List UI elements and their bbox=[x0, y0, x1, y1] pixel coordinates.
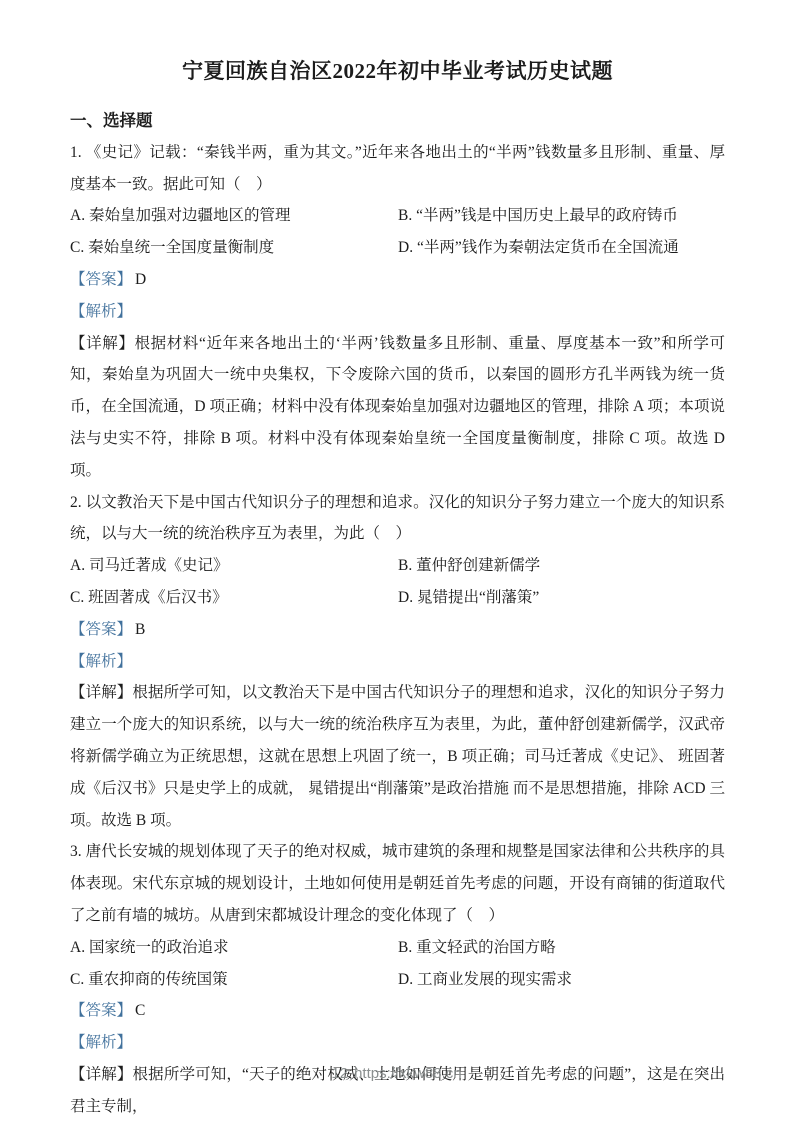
page-footer: 12https://xkw88.cn bbox=[0, 1065, 793, 1082]
option-c: C. 重农抑商的传统国策 bbox=[70, 964, 398, 996]
question-stem: 3. 唐代长安城的规划体现了天子的绝对权威，城市建筑的条理和规整是国家法律和公共… bbox=[70, 836, 725, 931]
page-title: 宁夏回族自治区2022年初中毕业考试历史试题 bbox=[70, 56, 725, 86]
options-row: A. 秦始皇加强对边疆地区的管理 B. “半两”钱是中国历史上最早的政府铸币 bbox=[70, 200, 725, 232]
analysis-line: 【解析】 bbox=[70, 296, 725, 328]
option-a: A. 司马迁著成《史记》 bbox=[70, 550, 398, 582]
answer-line: 【答案】D bbox=[70, 264, 725, 296]
options-row: A. 国家统一的政治追求 B. 重文轻武的治国方略 bbox=[70, 932, 725, 964]
analysis-tag: 【解析】 bbox=[70, 303, 132, 320]
analysis-line: 【解析】 bbox=[70, 1027, 725, 1059]
option-b: B. “半两”钱是中国历史上最早的政府铸币 bbox=[398, 200, 725, 232]
option-d: D. 晁错提出“削藩策” bbox=[398, 582, 725, 614]
option-d: D. “半两”钱作为秦朝法定货币在全国流通 bbox=[398, 232, 725, 264]
option-d: D. 工商业发展的现实需求 bbox=[398, 964, 725, 996]
options-row: C. 班固著成《后汉书》 D. 晁错提出“削藩策” bbox=[70, 582, 725, 614]
question-stem: 2. 以文教治天下是中国古代知识分子的理想和追求。汉化的知识分子努力建立一个庞大… bbox=[70, 487, 725, 551]
analysis-tag: 【解析】 bbox=[70, 1034, 132, 1051]
answer-line: 【答案】C bbox=[70, 995, 725, 1027]
analysis-tag: 【解析】 bbox=[70, 653, 132, 670]
option-b: B. 董仲舒创建新儒学 bbox=[398, 550, 725, 582]
analysis-line: 【解析】 bbox=[70, 646, 725, 678]
answer-value: C bbox=[135, 1002, 145, 1019]
answer-tag: 【答案】 bbox=[70, 621, 132, 638]
option-a: A. 秦始皇加强对边疆地区的管理 bbox=[70, 200, 398, 232]
answer-tag: 【答案】 bbox=[70, 271, 132, 288]
document-content: 宁夏回族自治区2022年初中毕业考试历史试题 一、选择题 1. 《史记》记载：“… bbox=[0, 0, 793, 1122]
site-url-link[interactable]: https://xkw88.cn bbox=[354, 1065, 462, 1082]
detail-tag: 【详解】 bbox=[70, 335, 135, 352]
options-row: C. 秦始皇统一全国度量衡制度 D. “半两”钱作为秦朝法定货币在全国流通 bbox=[70, 232, 725, 264]
options-row: A. 司马迁著成《史记》 B. 董仲舒创建新儒学 bbox=[70, 550, 725, 582]
answer-tag: 【答案】 bbox=[70, 1002, 132, 1019]
detail-paragraph: 【详解】根据材料“近年来各地出土的‘半两’钱数量多且形制、重量、厚度基本一致”和… bbox=[70, 328, 725, 487]
exam-document-page: 宁夏回族自治区2022年初中毕业考试历史试题 一、选择题 1. 《史记》记载：“… bbox=[0, 0, 793, 1122]
detail-tag: 【详解】 bbox=[70, 684, 132, 701]
option-c: C. 秦始皇统一全国度量衡制度 bbox=[70, 232, 398, 264]
option-a: A. 国家统一的政治追求 bbox=[70, 932, 398, 964]
detail-text: 根据所学可知，以文教治天下是中国古代知识分子的理想和追求，汉化的知识分子努力建立… bbox=[70, 684, 725, 828]
option-c: C. 班固著成《后汉书》 bbox=[70, 582, 398, 614]
options-row: C. 重农抑商的传统国策 D. 工商业发展的现实需求 bbox=[70, 964, 725, 996]
detail-text: 根据材料“近年来各地出土的‘半两’钱数量多且形制、重量、厚度基本一致”和所学可知… bbox=[70, 335, 725, 479]
question-stem: 1. 《史记》记载：“秦钱半两，重为其文。”近年来各地出土的“半两”钱数量多且形… bbox=[70, 137, 725, 201]
question-block-1: 1. 《史记》记载：“秦钱半两，重为其文。”近年来各地出土的“半两”钱数量多且形… bbox=[70, 137, 725, 487]
answer-value: B bbox=[135, 621, 145, 638]
detail-paragraph: 【详解】根据所学可知，以文教治天下是中国古代知识分子的理想和追求，汉化的知识分子… bbox=[70, 677, 725, 836]
answer-value: D bbox=[135, 271, 146, 288]
question-block-2: 2. 以文教治天下是中国古代知识分子的理想和追求。汉化的知识分子努力建立一个庞大… bbox=[70, 487, 725, 837]
option-b: B. 重文轻武的治国方略 bbox=[398, 932, 725, 964]
answer-line: 【答案】B bbox=[70, 614, 725, 646]
section-heading: 一、选择题 bbox=[70, 105, 725, 137]
page-number: 12 bbox=[331, 1065, 348, 1082]
